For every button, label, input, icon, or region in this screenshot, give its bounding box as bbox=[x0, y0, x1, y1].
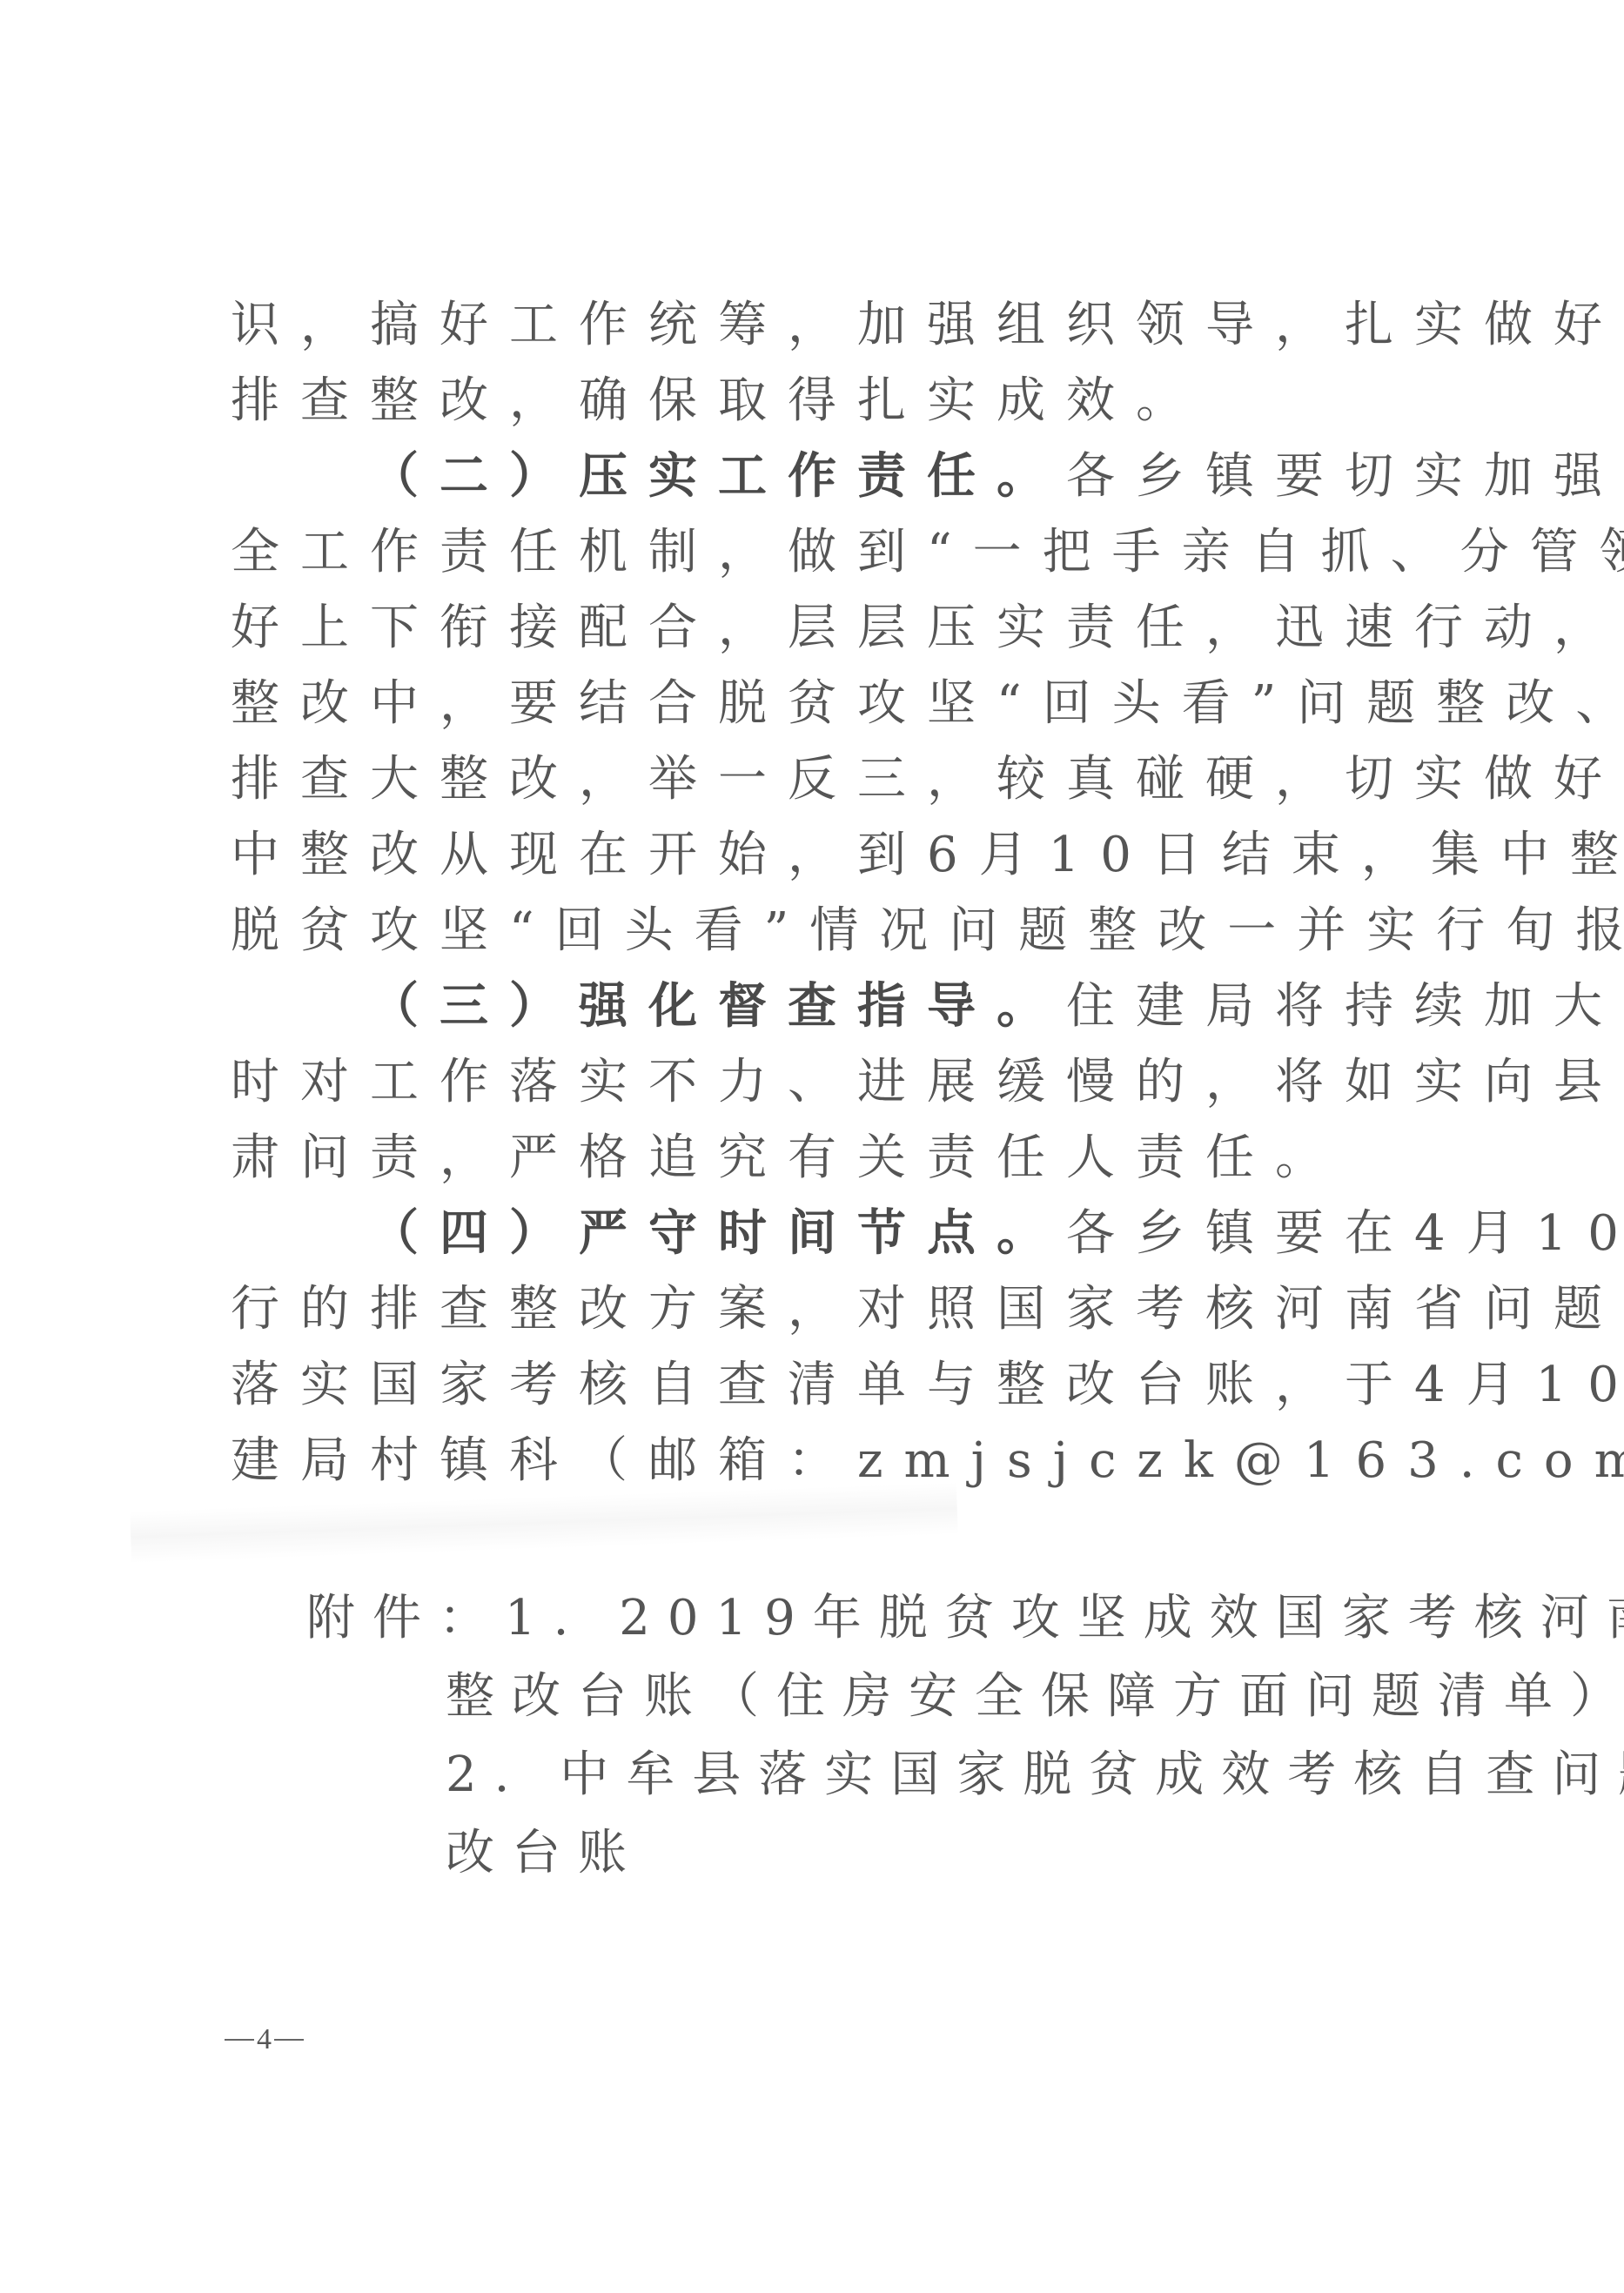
text-line: 时对工作落实不力、进展缓慢的，将如实向县政府反馈并进行严 bbox=[231, 1044, 1427, 1120]
attachments-list: 附件：1. 2019年脱贫攻坚成效国家考核河南省问题清单与 整改台账（住房安全保… bbox=[306, 1579, 1438, 1893]
attachment-1-title: 1. 2019年脱贫攻坚成效国家考核河南省问题清单与 bbox=[505, 1590, 1624, 1646]
text-line: 中整改从现在开始，到6月10日结束，集中整改落实情况、与 bbox=[231, 817, 1427, 893]
body-text: 识，搞好工作统筹，加强组织领导，扎实做好住房安全保障问题 排查整改，确保取得扎实… bbox=[231, 287, 1427, 1498]
section-3-first-line: （三）强化督查指导。住建局将持续加大督导检查力度，同 bbox=[231, 969, 1427, 1044]
section-heading-2: （二）压实工作责任。 bbox=[370, 447, 1066, 505]
page-number-dash-left bbox=[225, 2039, 254, 2041]
text-line: 落实国家考核自查清单与整改台账，于4月10日前报送至县住 bbox=[231, 1347, 1427, 1423]
text-line: 肃问责，严格追究有关责任人责任。 bbox=[231, 1120, 1427, 1196]
text-line: 整改中，要结合脱贫攻坚“回头看”问题整改、结合危房改造大 bbox=[231, 666, 1427, 741]
attachment-item-2: 2. 中牟县落实国家脱贫成效考核自查问题清单与整 bbox=[306, 1736, 1438, 1814]
section-2-first-line: （二）压实工作责任。各乡镇要切实加强主体责任，建立健 bbox=[231, 439, 1427, 514]
text-line: 好上下衔接配合，层层压实责任，迅速行动，抓好整改落实；在 bbox=[231, 590, 1427, 666]
text-line: 排查大整改，举一反三，较真碰硬，切实做好问题整改工作，集 bbox=[231, 741, 1427, 817]
section-2-first-text: 各乡镇要切实加强主体责任，建立健 bbox=[1066, 448, 1624, 505]
attachment-1-continuation: 整改台账（住房安全保障方面问题清单） bbox=[306, 1658, 1438, 1736]
attachments-label: 附件： bbox=[306, 1590, 505, 1646]
attachment-item-1: 附件：1. 2019年脱贫攻坚成效国家考核河南省问题清单与 bbox=[306, 1579, 1438, 1658]
attachment-2-continuation: 改台账 bbox=[306, 1814, 1438, 1893]
text-line: 排查整改，确保取得扎实成效。 bbox=[231, 363, 1427, 439]
section-4-first-text: 各乡镇要在4月10日前制定切实可 bbox=[1066, 1205, 1624, 1262]
section-heading-4: （四）严守时间节点。 bbox=[370, 1204, 1066, 1262]
page-number: 4 bbox=[225, 2023, 304, 2056]
section-heading-3: （三）强化督查指导。 bbox=[370, 977, 1066, 1035]
text-line: 脱贫攻坚“回头看”情况问题整改一并实行旬报制度。 bbox=[231, 893, 1427, 969]
page-number-value: 4 bbox=[254, 2023, 274, 2056]
document-page: 识，搞好工作统筹，加强组织领导，扎实做好住房安全保障问题 排查整改，确保取得扎实… bbox=[0, 0, 1624, 2293]
text-line-email: 建局村镇科（邮箱：zmjsjczk@163.com）。 bbox=[231, 1423, 1427, 1498]
text-line: 全工作责任机制，做到“一把手亲自抓、分管领导具体抓”，做 bbox=[231, 514, 1427, 590]
page-number-dash-right bbox=[274, 2039, 304, 2041]
section-3-first-text: 住建局将持续加大督导检查力度，同 bbox=[1066, 978, 1624, 1035]
text-line: 识，搞好工作统筹，加强组织领导，扎实做好住房安全保障问题 bbox=[231, 287, 1427, 363]
text-line: 行的排查整改方案，对照国家考核河南省问题清单及整改台账、 bbox=[231, 1271, 1427, 1347]
section-4-first-line: （四）严守时间节点。各乡镇要在4月10日前制定切实可 bbox=[231, 1196, 1427, 1271]
